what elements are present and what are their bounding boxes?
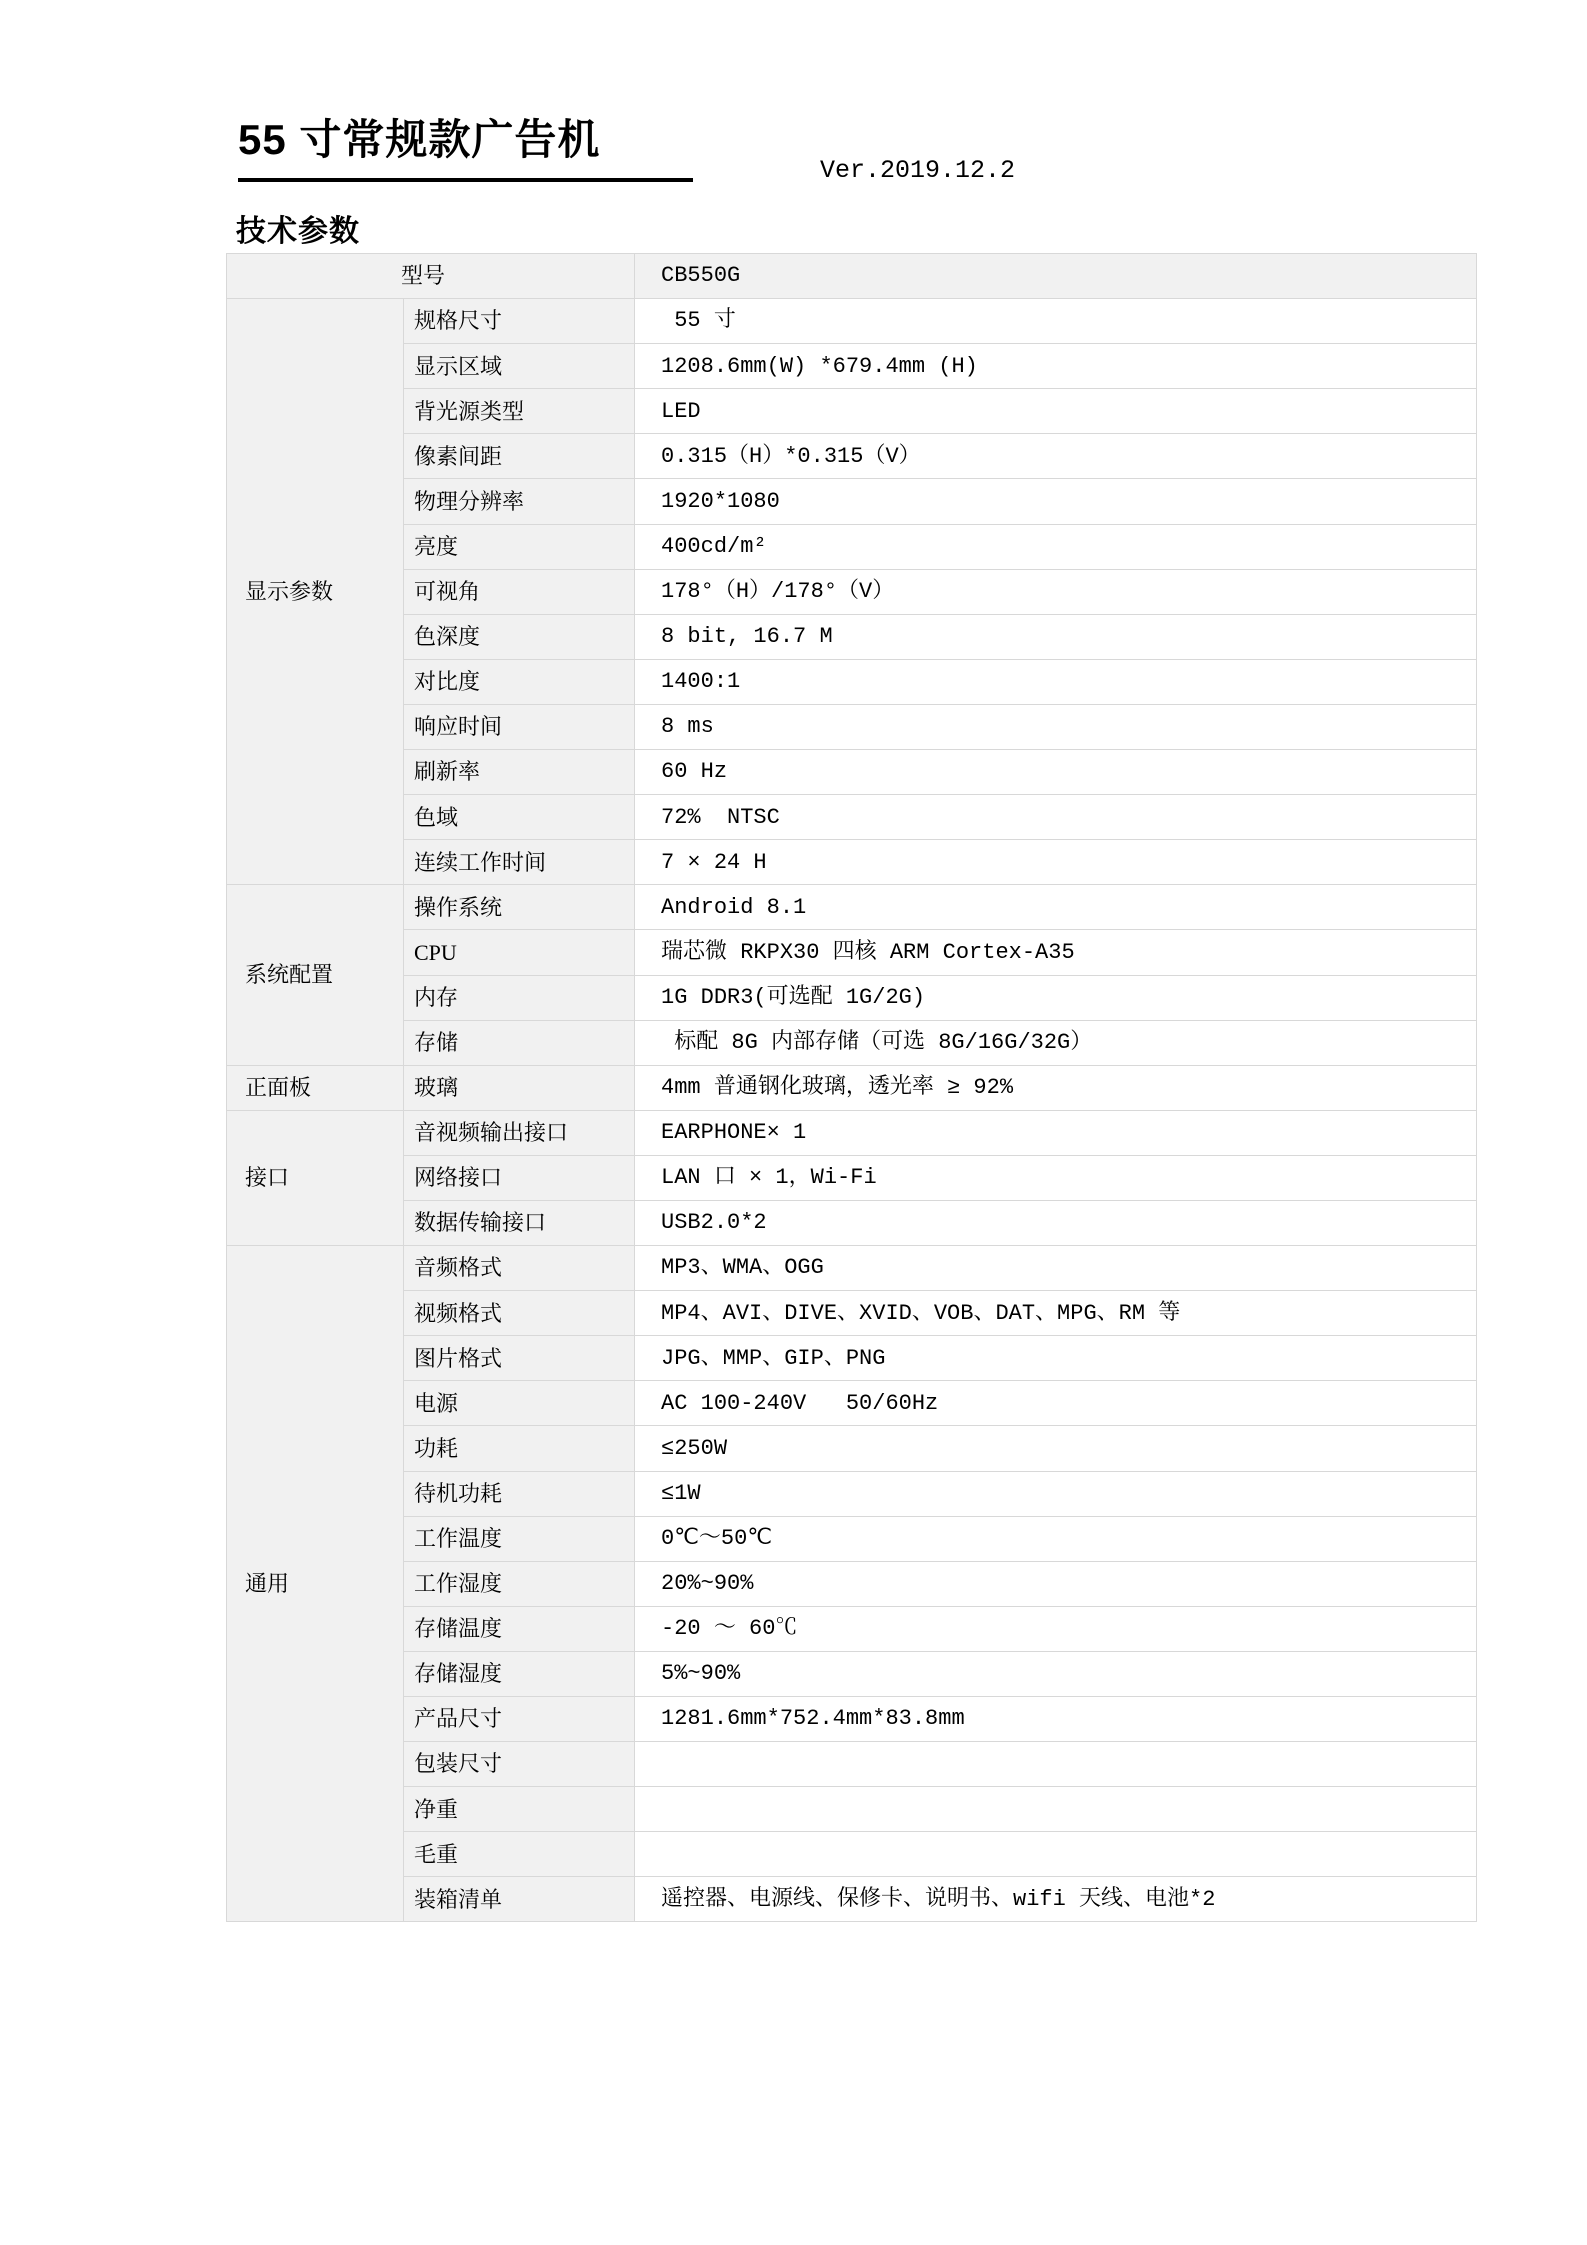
table-row: 图片格式 JPG、MMP、GIP、PNG	[227, 1336, 1477, 1381]
spec-label: 内存	[404, 975, 635, 1020]
spec-value: 55 寸	[635, 299, 1477, 344]
table-row: 工作湿度 20%~90%	[227, 1561, 1477, 1606]
spec-label: 亮度	[404, 524, 635, 569]
table-row: 响应时间 8 ms	[227, 704, 1477, 749]
spec-value: 5%~90%	[635, 1651, 1477, 1696]
spec-table-body: 型号 CB550G 显示参数 规格尺寸 55 寸 显示区域 1208.6mm(W…	[227, 254, 1477, 1922]
table-row: 功耗 ≤250W	[227, 1426, 1477, 1471]
spec-label: 刷新率	[404, 750, 635, 795]
group-cell: 通用	[227, 1246, 404, 1922]
spec-value: 1281.6mm*752.4mm*83.8mm	[635, 1697, 1477, 1742]
spec-label: 工作湿度	[404, 1561, 635, 1606]
spec-label: 操作系统	[404, 885, 635, 930]
spec-value: 0℃～50℃	[635, 1516, 1477, 1561]
spec-label: 网络接口	[404, 1155, 635, 1200]
spec-value: 20%~90%	[635, 1561, 1477, 1606]
table-row: 亮度 400cd/m²	[227, 524, 1477, 569]
spec-value: ≤250W	[635, 1426, 1477, 1471]
table-row: 系统配置 操作系统 Android 8.1	[227, 885, 1477, 930]
table-row: 网络接口 LAN 口 × 1，Wi-Fi	[227, 1155, 1477, 1200]
table-row: 毛重	[227, 1832, 1477, 1877]
spec-label: 存储	[404, 1020, 635, 1065]
spec-value: -20 ～ 60℃	[635, 1606, 1477, 1651]
spec-label: 包装尺寸	[404, 1742, 635, 1787]
table-row: 对比度 1400:1	[227, 659, 1477, 704]
table-row: 连续工作时间 7 × 24 H	[227, 840, 1477, 885]
table-row: 显示区域 1208.6mm(W) *679.4mm (H)	[227, 344, 1477, 389]
table-row: 工作温度 0℃～50℃	[227, 1516, 1477, 1561]
group-cell: 系统配置	[227, 885, 404, 1065]
spec-value: 7 × 24 H	[635, 840, 1477, 885]
spec-value: 标配 8G 内部存储（可选 8G/16G/32G）	[635, 1020, 1477, 1065]
table-row: 包装尺寸	[227, 1742, 1477, 1787]
spec-value: Android 8.1	[635, 885, 1477, 930]
group-cell: 正面板	[227, 1065, 404, 1110]
spec-label: 背光源类型	[404, 389, 635, 434]
table-row: 刷新率 60 Hz	[227, 750, 1477, 795]
table-row: 产品尺寸 1281.6mm*752.4mm*83.8mm	[227, 1697, 1477, 1742]
spec-value: 60 Hz	[635, 750, 1477, 795]
spec-label: 存储温度	[404, 1606, 635, 1651]
table-row: 正面板 玻璃 4mm 普通钢化玻璃，透光率 ≥ 92%	[227, 1065, 1477, 1110]
table-row: 存储温度 -20 ～ 60℃	[227, 1606, 1477, 1651]
table-row: 物理分辨率 1920*1080	[227, 479, 1477, 524]
spec-value: MP4、AVI、DIVE、XVID、VOB、DAT、MPG、RM 等	[635, 1291, 1477, 1336]
table-row: 色深度 8 bit, 16.7 M	[227, 614, 1477, 659]
table-row: 型号 CB550G	[227, 254, 1477, 299]
spec-label: 音频格式	[404, 1246, 635, 1291]
table-row: 色域 72% NTSC	[227, 795, 1477, 840]
section-heading: 技术参数	[236, 206, 360, 250]
spec-value: EARPHONE× 1	[635, 1110, 1477, 1155]
spec-value: 1920*1080	[635, 479, 1477, 524]
spec-value: 8 ms	[635, 704, 1477, 749]
spec-value: 1G DDR3(可选配 1G/2G)	[635, 975, 1477, 1020]
spec-value	[635, 1742, 1477, 1787]
spec-label: 玻璃	[404, 1065, 635, 1110]
table-row: 存储 标配 8G 内部存储（可选 8G/16G/32G）	[227, 1020, 1477, 1065]
spec-value: 瑞芯微 RKPX30 四核 ARM Cortex-A35	[635, 930, 1477, 975]
spec-label: 音视频输出接口	[404, 1110, 635, 1155]
table-row: 数据传输接口 USB2.0*2	[227, 1200, 1477, 1245]
table-row: 视频格式 MP4、AVI、DIVE、XVID、VOB、DAT、MPG、RM 等	[227, 1291, 1477, 1336]
spec-label: 净重	[404, 1787, 635, 1832]
spec-label: 装箱清单	[404, 1877, 635, 1922]
table-row: 背光源类型 LED	[227, 389, 1477, 434]
spec-label: 存储湿度	[404, 1651, 635, 1696]
spec-label: 响应时间	[404, 704, 635, 749]
table-row: 内存 1G DDR3(可选配 1G/2G)	[227, 975, 1477, 1020]
table-row: 显示参数 规格尺寸 55 寸	[227, 299, 1477, 344]
model-value: CB550G	[635, 254, 1477, 299]
title-underline-rule	[238, 178, 693, 182]
spec-value: 4mm 普通钢化玻璃，透光率 ≥ 92%	[635, 1065, 1477, 1110]
table-row: CPU 瑞芯微 RKPX30 四核 ARM Cortex-A35	[227, 930, 1477, 975]
spec-label: 连续工作时间	[404, 840, 635, 885]
spec-value: LED	[635, 389, 1477, 434]
spec-value: MP3、WMA、OGG	[635, 1246, 1477, 1291]
spec-label: 功耗	[404, 1426, 635, 1471]
spec-value: ≤1W	[635, 1471, 1477, 1516]
spec-table: 型号 CB550G 显示参数 规格尺寸 55 寸 显示区域 1208.6mm(W…	[226, 253, 1477, 1922]
table-row: 接口 音视频输出接口 EARPHONE× 1	[227, 1110, 1477, 1155]
spec-label: 产品尺寸	[404, 1697, 635, 1742]
spec-value: 1208.6mm(W) *679.4mm (H)	[635, 344, 1477, 389]
table-row: 通用 音频格式 MP3、WMA、OGG	[227, 1246, 1477, 1291]
spec-value: 72% NTSC	[635, 795, 1477, 840]
spec-label: 毛重	[404, 1832, 635, 1877]
spec-value: 1400:1	[635, 659, 1477, 704]
spec-label: 显示区域	[404, 344, 635, 389]
spec-value: LAN 口 × 1，Wi-Fi	[635, 1155, 1477, 1200]
spec-label: 电源	[404, 1381, 635, 1426]
table-row: 装箱清单 遥控器、电源线、保修卡、说明书、wifi 天线、电池*2	[227, 1877, 1477, 1922]
spec-label: 规格尺寸	[404, 299, 635, 344]
spec-value: 178°（H）/178°（V）	[635, 569, 1477, 614]
table-row: 存储湿度 5%~90%	[227, 1651, 1477, 1696]
table-row: 像素间距 0.315（H）*0.315（V）	[227, 434, 1477, 479]
spec-value: 400cd/m²	[635, 524, 1477, 569]
group-cell: 接口	[227, 1110, 404, 1245]
spec-value: 遥控器、电源线、保修卡、说明书、wifi 天线、电池*2	[635, 1877, 1477, 1922]
spec-value: USB2.0*2	[635, 1200, 1477, 1245]
spec-value: AC 100-240V 50/60Hz	[635, 1381, 1477, 1426]
page-title: 55 寸常规款广告机	[238, 116, 600, 164]
spec-label: 色深度	[404, 614, 635, 659]
table-row: 待机功耗 ≤1W	[227, 1471, 1477, 1516]
spec-label: 对比度	[404, 659, 635, 704]
version-label: Ver.2019.12.2	[820, 156, 1015, 185]
group-cell: 显示参数	[227, 299, 404, 885]
spec-label: 图片格式	[404, 1336, 635, 1381]
spec-label: 色域	[404, 795, 635, 840]
spec-label: 可视角	[404, 569, 635, 614]
table-row: 可视角 178°（H）/178°（V）	[227, 569, 1477, 614]
model-label: 型号	[227, 254, 635, 299]
spec-value: JPG、MMP、GIP、PNG	[635, 1336, 1477, 1381]
spec-value: 0.315（H）*0.315（V）	[635, 434, 1477, 479]
spec-label: 待机功耗	[404, 1471, 635, 1516]
spec-value: 8 bit, 16.7 M	[635, 614, 1477, 659]
table-row: 电源 AC 100-240V 50/60Hz	[227, 1381, 1477, 1426]
spec-label: 工作温度	[404, 1516, 635, 1561]
spec-label: 数据传输接口	[404, 1200, 635, 1245]
spec-label: CPU	[404, 930, 635, 975]
table-row: 净重	[227, 1787, 1477, 1832]
spec-label: 像素间距	[404, 434, 635, 479]
spec-value	[635, 1832, 1477, 1877]
spec-label: 视频格式	[404, 1291, 635, 1336]
spec-label: 物理分辨率	[404, 479, 635, 524]
spec-value	[635, 1787, 1477, 1832]
